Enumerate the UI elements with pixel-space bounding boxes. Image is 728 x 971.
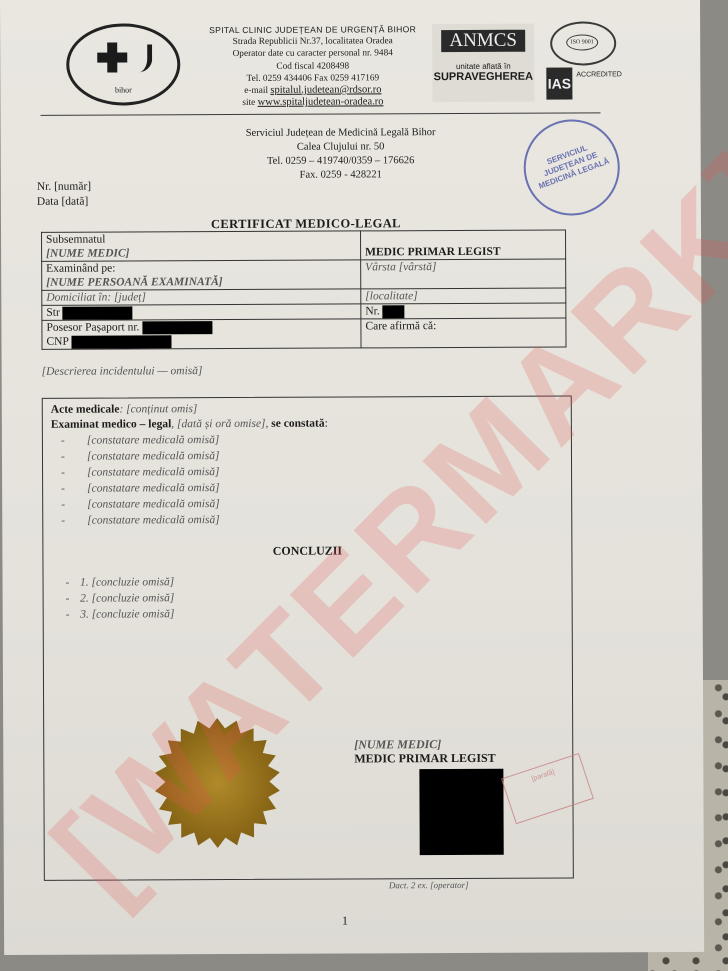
anmcs-line1: unitate aflată în	[432, 62, 534, 71]
hospital-logo: bihor	[66, 23, 180, 105]
hospital-name: SPITAL CLINIC JUDEȚEAN DE URGENȚĂ BIHOR	[200, 23, 425, 36]
phone-fax: Tel. 0259 434406 Fax 0259 417169	[200, 72, 425, 85]
conclusions-title: CONCLUZII	[51, 543, 563, 560]
document-page: bihor SPITAL CLINIC JUDEȚEAN DE URGENȚĂ …	[0, 0, 704, 955]
round-stamp-text: SERVICIUL JUDEȚEAN DE MEDICINĂ LEGALĂ	[530, 137, 612, 191]
logo-caption: bihor	[69, 85, 177, 94]
anmcs-badge: ANMCS unitate aflată în SUPRAVEGHEREA	[432, 24, 534, 102]
number-label: Nr.	[365, 305, 379, 317]
finding-item: [constatare medicală omisă]	[87, 448, 563, 465]
patient-name: [NUME PERSOANĂ EXAMINATĂ]	[46, 274, 356, 289]
doctor-title: MEDIC PRIMAR LEGIST	[365, 245, 561, 260]
reference-block: Nr. [număr] Data [dată]	[37, 180, 91, 209]
exam-label: Examinat medico – legal	[51, 418, 171, 431]
fiscal-code: Cod fiscal 4208498	[200, 60, 425, 73]
typist-note: Dact. 2 ex. [operator]	[389, 880, 469, 890]
email-label: e-mail	[244, 86, 268, 96]
incident-description: [Descrierea incidentului — omisă]	[42, 362, 602, 379]
examination-box: Acte medicale: [conținut omis] Examinat …	[42, 396, 574, 881]
page-number: 1	[342, 913, 348, 928]
service-phone: Tel. 0259 – 419740/0359 – 176626	[221, 154, 461, 169]
acts-value: : [conținut omis]	[119, 403, 197, 415]
site-label: site	[242, 98, 255, 108]
domicile: Domiciliat în: [județ]	[46, 289, 356, 304]
finding-item: [constatare medicală omisă]	[87, 496, 563, 513]
site-link[interactable]: www.spitaljudetean-oradea.ro	[258, 97, 384, 109]
finding-item: [constatare medicală omisă]	[87, 432, 563, 449]
ias-text: ACCREDITED	[576, 71, 622, 78]
email-link[interactable]: spitalul.judetean@rdsor.ro	[270, 84, 381, 95]
signature-redaction	[419, 769, 503, 855]
finding-item: [constatare medicală omisă]	[87, 480, 563, 497]
conclusions-list: [concluzie omisă] [concluzie omisă] [con…	[52, 574, 564, 623]
forensic-service-header: Serviciul Județean de Medicină Legală Bi…	[221, 126, 461, 183]
ias-logo: IAS	[546, 68, 572, 100]
cnp-label: CNP	[46, 336, 68, 348]
conclusion-item: [concluzie omisă]	[92, 574, 564, 591]
hospital-address: Strada Republicii Nr.37, localitatea Ora…	[200, 35, 425, 48]
medical-cross-icon-vertical	[107, 42, 117, 72]
signed-label: Subsemnatul	[46, 231, 356, 246]
doctor-name: [NUME MEDIC]	[46, 245, 356, 260]
operator-number: Operator date cu caracter personal nr. 9…	[200, 48, 425, 61]
acts-label: Acte medicale	[51, 403, 120, 415]
round-stamp: SERVICIUL JUDEȚEAN DE MEDICINĂ LEGALĂ	[510, 106, 633, 229]
finding-item: [constatare medicală omisă]	[87, 512, 563, 529]
passport-label: Posesor Pașaport nr.	[46, 321, 139, 333]
findings-list: [constatare medicală omisă] [constatare …	[51, 432, 563, 529]
service-name: Serviciul Județean de Medicină Legală Bi…	[221, 126, 461, 141]
person-figure-icon	[131, 44, 152, 72]
hospital-header: SPITAL CLINIC JUDEȚEAN DE URGENȚĂ BIHOR …	[200, 23, 425, 109]
claims-label: Care afirmă că:	[365, 319, 561, 334]
gold-seal	[152, 718, 283, 849]
iso-label: ISO 9001	[566, 34, 598, 50]
signature-name: [NUME MEDIC]	[354, 737, 495, 752]
number-redaction	[383, 305, 405, 318]
exam-suffix: se constată	[271, 418, 324, 430]
finding-item: [constatare medicală omisă]	[87, 464, 563, 481]
patient-age: Vârsta [vârstă]	[365, 260, 561, 275]
doctor-stamp: [parafă]	[501, 753, 594, 824]
service-address: Calea Clujului nr. 50	[221, 140, 461, 155]
anmcs-title: ANMCS	[441, 30, 525, 52]
anmcs-line2: SUPRAVEGHEREA	[432, 71, 534, 83]
identity-table: Subsemnatul[NUME MEDIC] MEDIC PRIMAR LEG…	[41, 230, 567, 350]
reference-number: Nr. [număr]	[37, 180, 91, 195]
cnp-redaction	[71, 335, 171, 348]
iso-badge: ISO 9001	[550, 21, 616, 65]
street-redaction	[63, 306, 133, 319]
conclusion-item: [concluzie omisă]	[92, 606, 564, 623]
service-fax: Fax. 0259 - 428221	[221, 168, 461, 183]
examining-label: Examinând pe:	[46, 260, 356, 275]
signature-title: MEDIC PRIMAR LEGIST	[354, 751, 495, 766]
city: [localitate]	[365, 289, 561, 304]
header-divider	[41, 112, 601, 115]
conclusion-item: [concluzie omisă]	[92, 590, 564, 607]
street-label: Str	[46, 307, 59, 319]
exam-value: , [dată și oră omise],	[171, 418, 271, 430]
reference-date: Data [dată]	[37, 194, 91, 209]
signature-block: [NUME MEDIC] MEDIC PRIMAR LEGIST	[354, 737, 495, 766]
passport-redaction	[142, 321, 212, 334]
